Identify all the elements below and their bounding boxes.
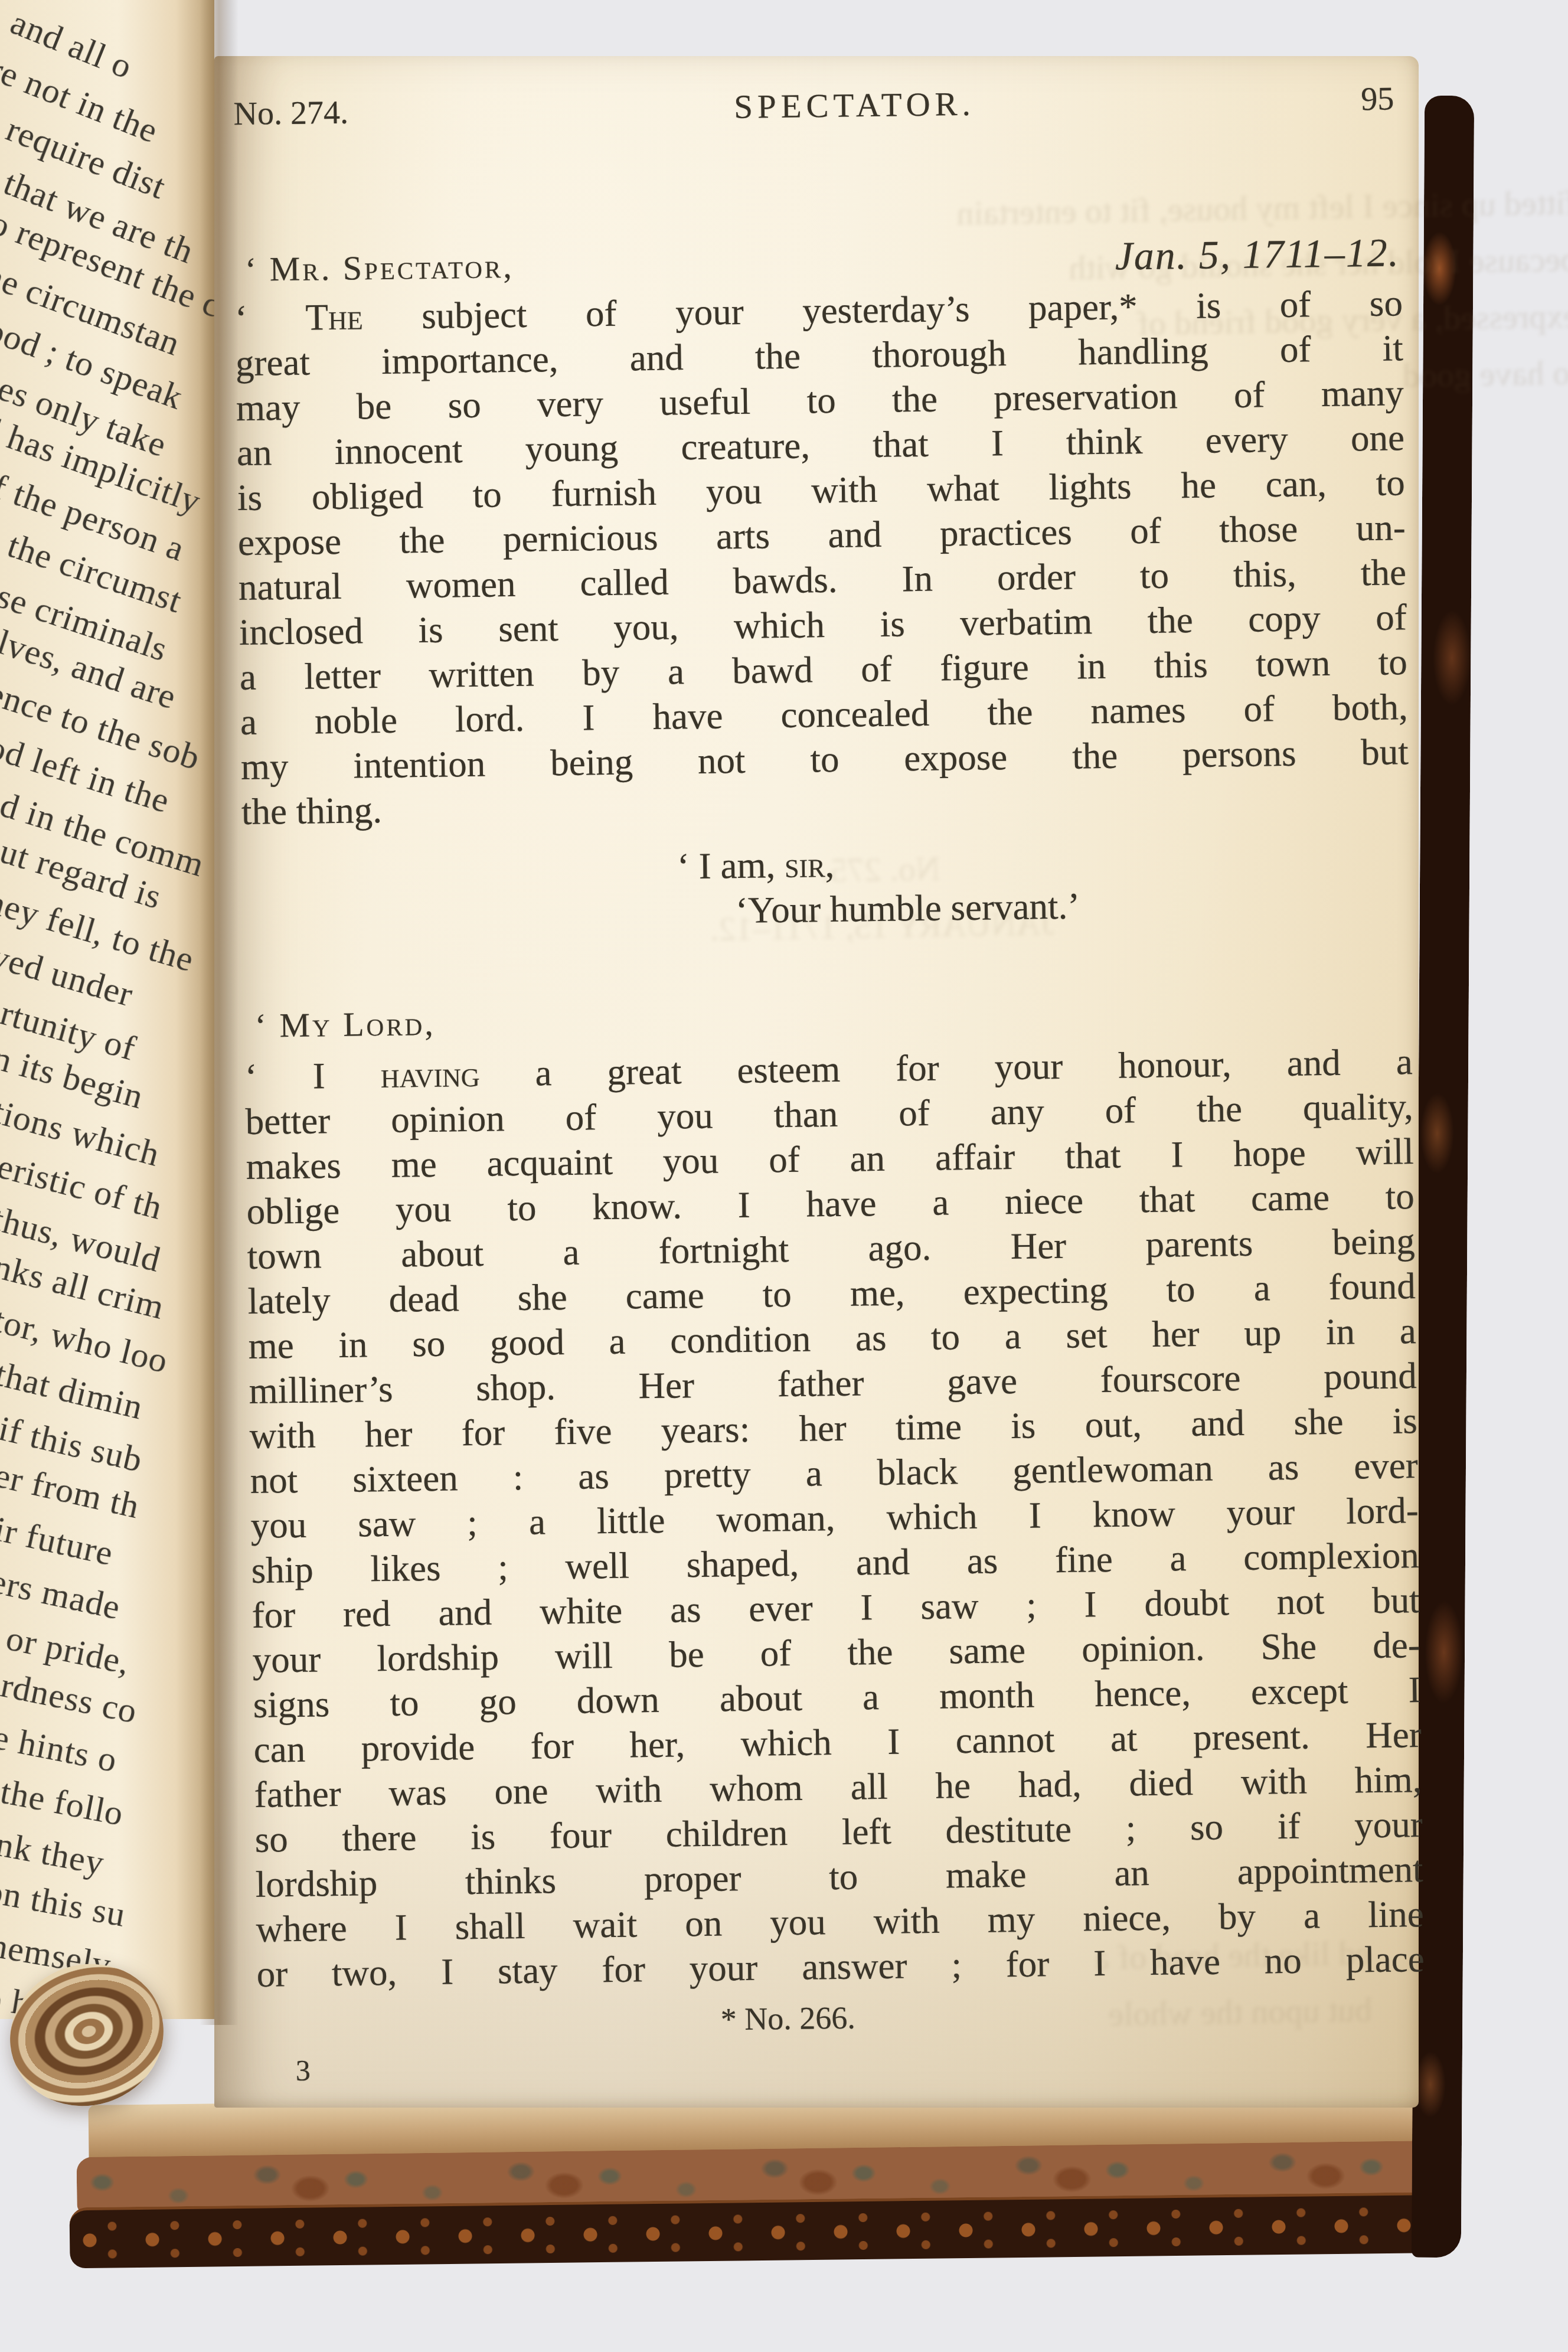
- letter2-salutation: ‘ My Lord,: [244, 1004, 436, 1045]
- letter1-salutation: ‘ Mr. Spectator,: [234, 244, 514, 292]
- page-content: No. 274. SPECTATOR. 95 ‘ Mr. Spectator, …: [232, 78, 1426, 2089]
- letter1-signoff: ‘ I am, sir, ‘Your humble servant.’: [242, 834, 1411, 939]
- letter1-body: ‘ The subject of your yesterday’s paper,…: [235, 280, 1410, 834]
- footnote: * No. 266.: [204, 1991, 1372, 2046]
- signature-mark: 3: [295, 2038, 1426, 2088]
- letter2-heading: ‘ My Lord,: [244, 987, 1412, 1048]
- letter1-date: Jan. 5, 1711–12.: [1115, 230, 1402, 278]
- gilt-ornament-row: [70, 2195, 1449, 2268]
- photo-background: fitted up since I left my house, fit to …: [0, 0, 1568, 2352]
- header-title: SPECTATOR.: [734, 84, 975, 128]
- curled-page-text-fragment: on this su: [0, 1870, 129, 1935]
- header-page-number: 95: [1361, 78, 1394, 120]
- header-issue-number: No. 274.: [233, 92, 348, 135]
- page-fold-shadow: [200, 0, 239, 2025]
- letter2-body: ‘ I having a great esteem for your honou…: [244, 1039, 1425, 1997]
- running-header: No. 274. SPECTATOR. 95: [232, 78, 1400, 135]
- book-page: fitted up since I left my house, fit to …: [214, 56, 1419, 2108]
- curled-facing-page: s, and all oare not in theill require di…: [0, 0, 214, 2019]
